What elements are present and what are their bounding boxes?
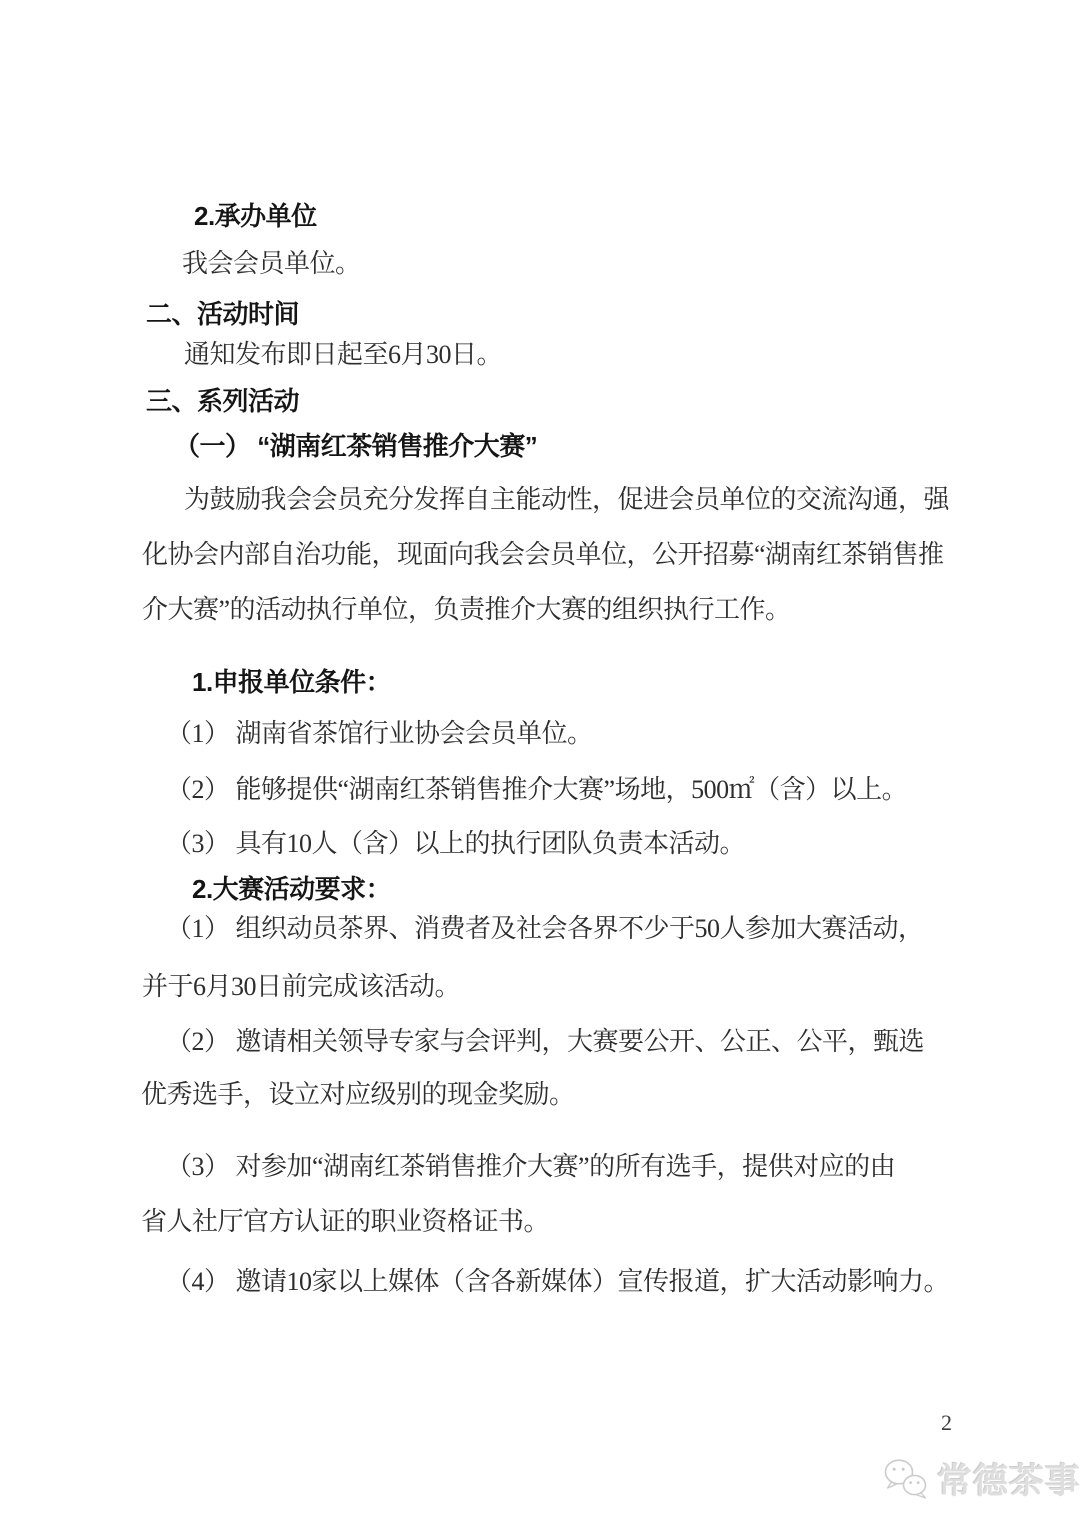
line-requirement-2a: （2） 邀请相关领导专家与会评判，大赛要公开、公正、公平，甄选 [166, 1027, 924, 1057]
line-requirement-1a: （1） 组织动员茶界、消费者及社会各界不少于50人参加大赛活动， [166, 914, 924, 944]
line-competition-intro-2: 化协会内部自治功能，现面向我会会员单位，公开招募“湖南红茶销售推 [142, 540, 944, 570]
line-member-units: 我会会员单位。 [182, 249, 361, 279]
line-requirement-4: （4） 邀请10家以上媒体（含各新媒体）宣传报道，扩大活动影响力。 [166, 1267, 949, 1297]
document-page: 2.承办单位 我会会员单位。 二、活动时间 通知发布即日起至6月30日。 三、系… [0, 0, 1080, 1528]
heading-competition-title: （一） “湖南红茶销售推介大赛” [174, 432, 537, 462]
page-number: 2 [941, 1410, 952, 1436]
line-requirement-3b: 省人社厅官方认证的职业资格证书。 [141, 1207, 549, 1237]
watermark-label: 常德茶事 [937, 1454, 1080, 1504]
line-condition-3: （3） 具有10人（含）以上的执行团队负责本活动。 [166, 829, 745, 859]
line-condition-1: （1） 湖南省茶馆行业协会会员单位。 [166, 719, 593, 749]
line-competition-intro-1: 为鼓励我会会员充分发挥自主能动性，促进会员单位的交流沟通，强 [184, 485, 949, 515]
line-competition-intro-3: 介大赛”的活动执行单位，负责推介大赛的组织执行工作。 [142, 595, 791, 625]
heading-competition-requirements: 2.大赛活动要求： [192, 875, 391, 905]
line-condition-2: （2） 能够提供“湖南红茶销售推介大赛”场地，500㎡（含）以上。 [166, 775, 907, 805]
line-requirement-1b: 并于6月30日前完成该活动。 [142, 972, 460, 1002]
heading-series-activities: 三、系列活动 [146, 387, 299, 417]
heading-application-conditions: 1.申报单位条件： [192, 668, 391, 698]
wechat-icon [882, 1457, 930, 1501]
heading-undertaking-unit: 2.承办单位 [194, 202, 317, 232]
line-activity-time-detail: 通知发布即日起至6月30日。 [184, 340, 502, 370]
line-requirement-3a: （3） 对参加“湖南红茶销售推介大赛”的所有选手，提供对应的由 [166, 1152, 895, 1182]
heading-activity-time: 二、活动时间 [146, 300, 299, 330]
watermark: 常德茶事 [882, 1454, 1080, 1504]
line-requirement-2b: 优秀选手，设立对应级别的现金奖励。 [141, 1080, 575, 1110]
